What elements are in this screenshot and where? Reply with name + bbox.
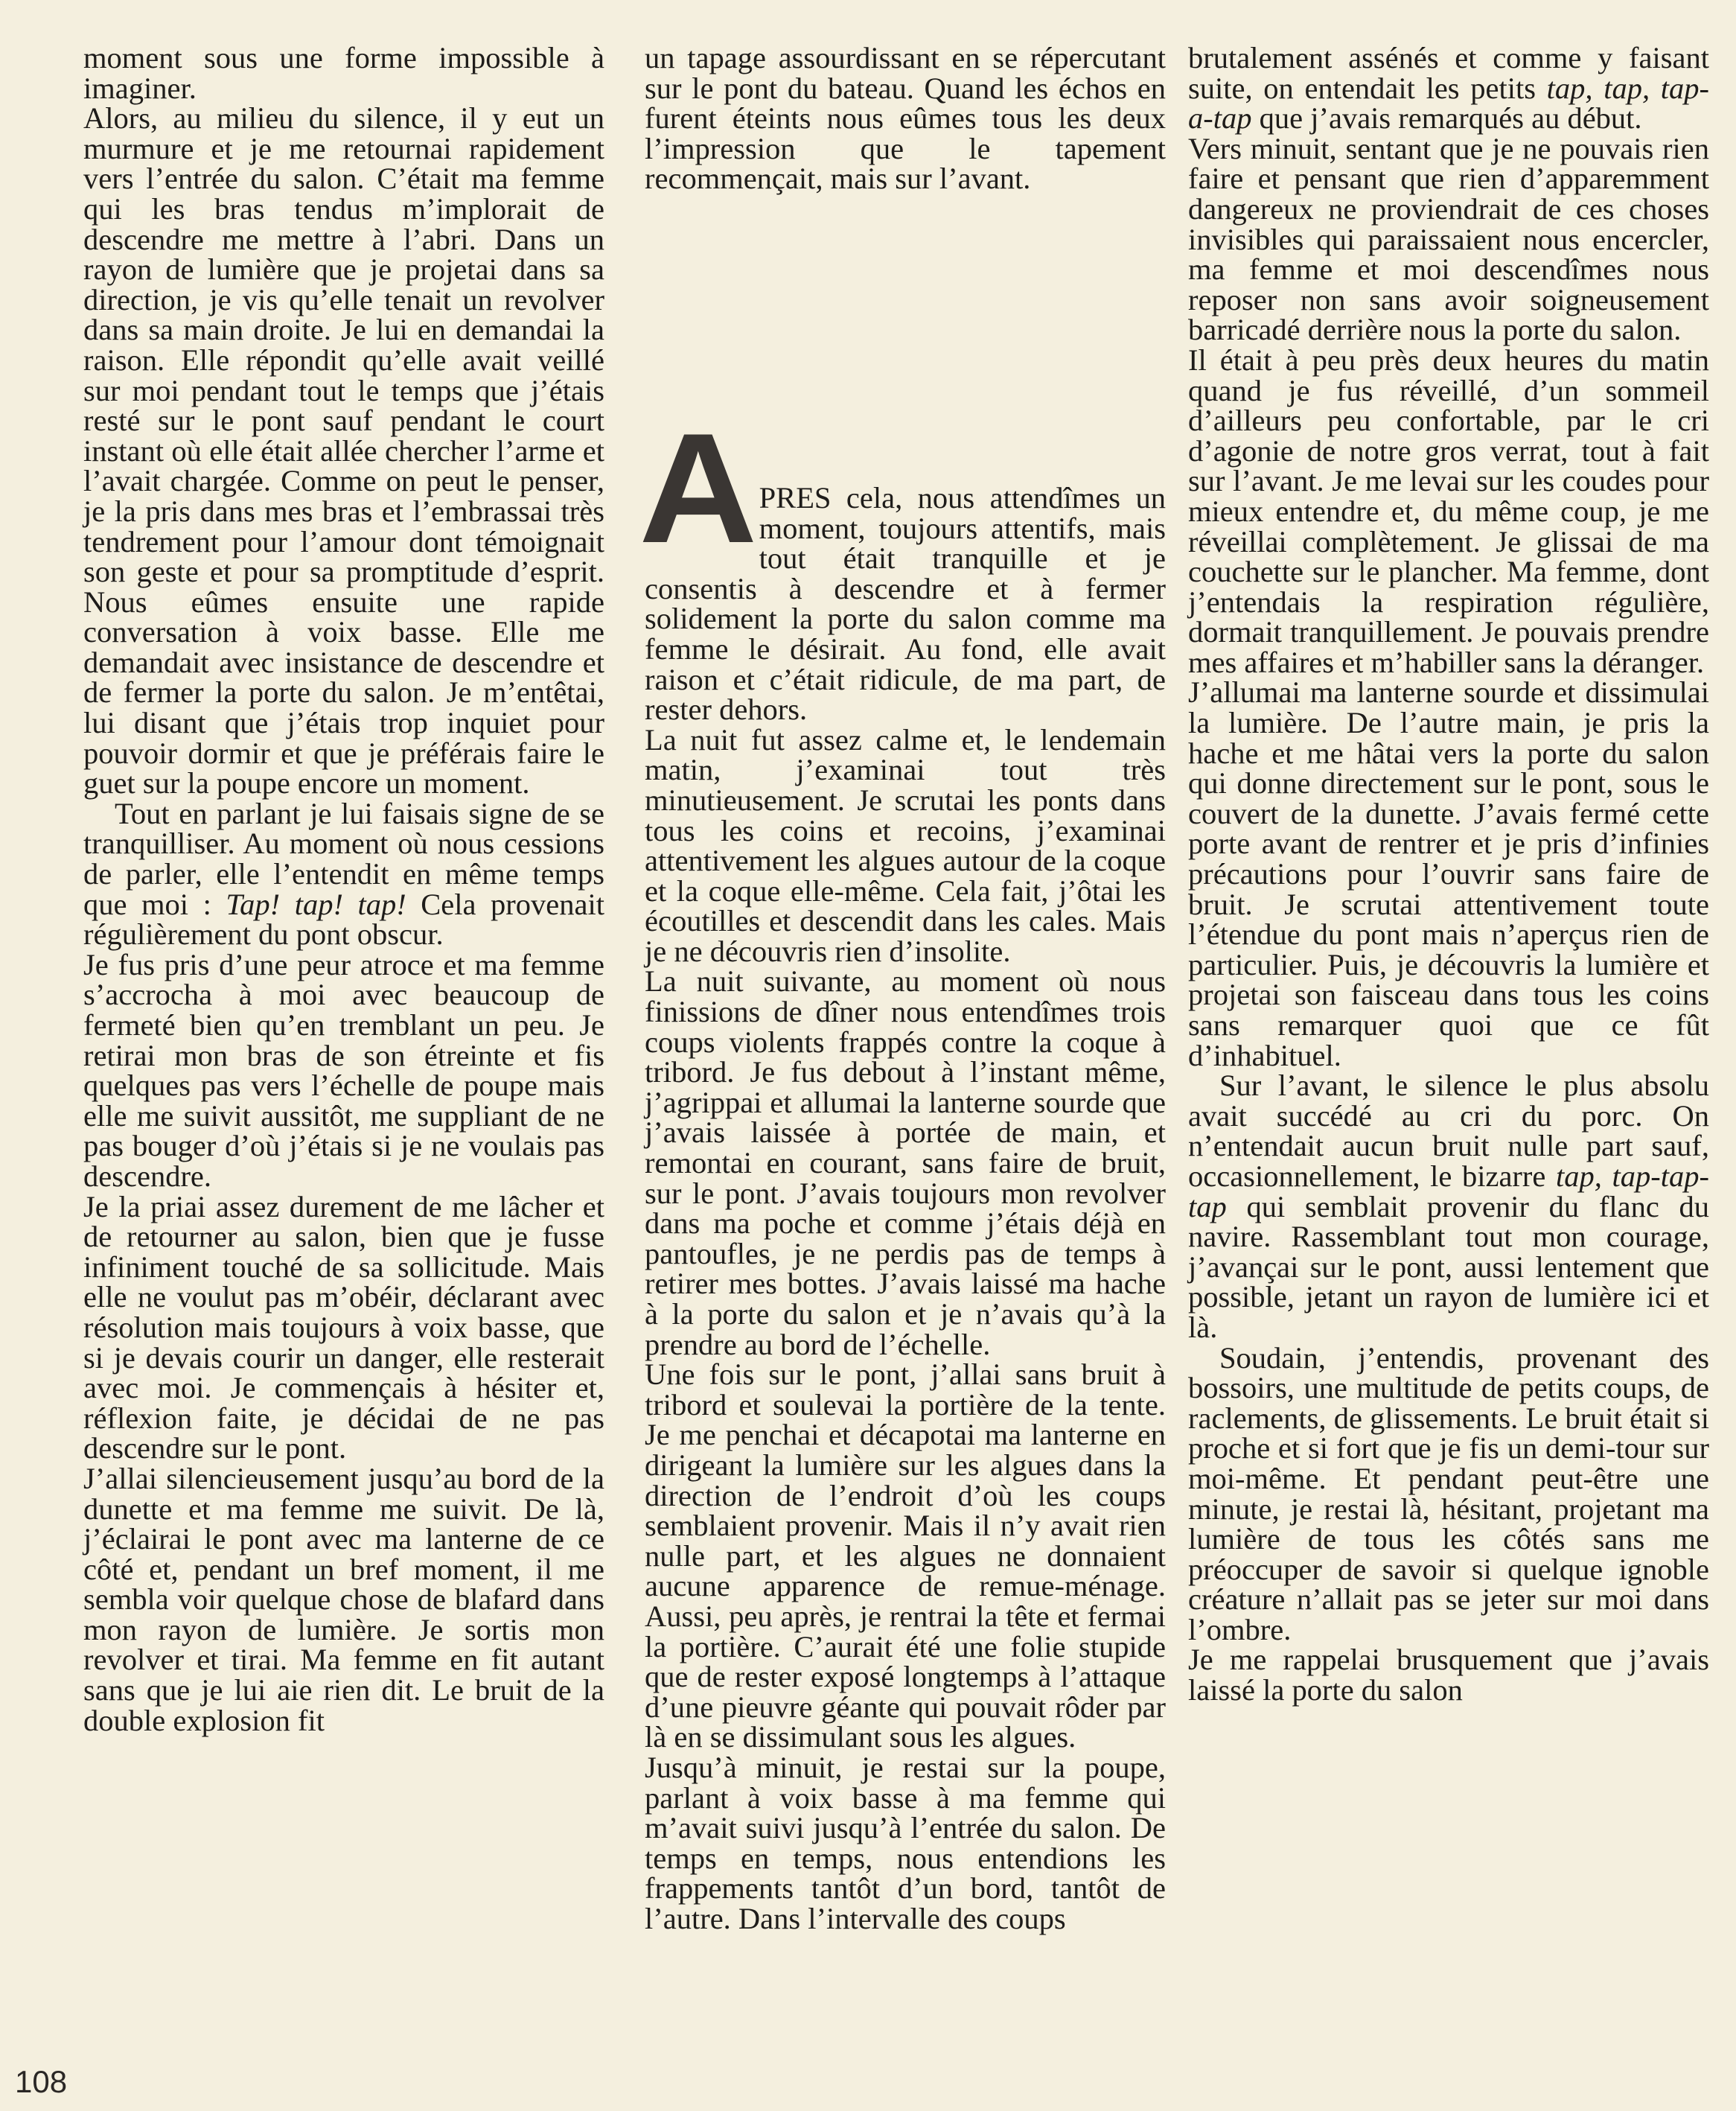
paragraph-text: qui semblait provenir du flanc du navire… [1188, 1190, 1709, 1344]
paragraph-text: que j’avais remarqués au début. [1252, 101, 1642, 135]
drop-cap-letter: A [639, 433, 757, 544]
section-break [645, 194, 1166, 433]
paragraph: moment sous une forme impossible à imagi… [83, 43, 604, 104]
text-column-2: un tapage assourdissant en se répercutan… [645, 43, 1166, 1934]
page-number: 108 [15, 2064, 67, 2100]
paragraph: Soudain, j’entendis, provenant des bosso… [1188, 1343, 1709, 1646]
paragraph: Alors, au milieu du silence, il y eut un… [83, 104, 604, 799]
paragraph: Jusqu’à minuit, je restai sur la poupe, … [645, 1753, 1166, 1935]
paragraph: La nuit suivante, au moment où nous fini… [645, 967, 1166, 1360]
text-column-1: moment sous une forme impossible à imagi… [83, 43, 604, 1736]
paragraph: Je me rappelai brusquement que j’avais l… [1188, 1645, 1709, 1705]
paragraph: Je fus pris d’une peur atroce et ma femm… [83, 950, 604, 1192]
section-opening: A PRES cela, nous attendîmes un moment, … [645, 433, 1166, 725]
paragraph: La nuit fut assez calme et, le lendemain… [645, 725, 1166, 967]
paragraph: Il était à peu près deux heures du matin… [1188, 346, 1709, 678]
text-column-3: brutalement assénés et comme y faisant s… [1188, 43, 1709, 1706]
paragraph: Sur l’avant, le silence le plus absolu a… [1188, 1071, 1709, 1343]
italic-onomatopoeia: Tap! tap! tap! [226, 888, 406, 921]
paragraph: brutalement assénés et comme y faisant s… [1188, 43, 1709, 134]
paragraph: J’allai silencieusement jusqu’au bord de… [83, 1464, 604, 1736]
paragraph: Une fois sur le pont, j’allai sans bruit… [645, 1360, 1166, 1753]
paragraph: Vers minuit, sentant que je ne pouvais r… [1188, 134, 1709, 346]
paragraph: J’allumai ma lanterne sourde et dissimul… [1188, 678, 1709, 1071]
paragraph: un tapage assourdissant en se répercutan… [645, 43, 1166, 194]
paragraph: Je la priai assez durement de me lâcher … [83, 1192, 604, 1464]
paragraph: Tout en parlant je lui faisais signe de … [83, 799, 604, 950]
